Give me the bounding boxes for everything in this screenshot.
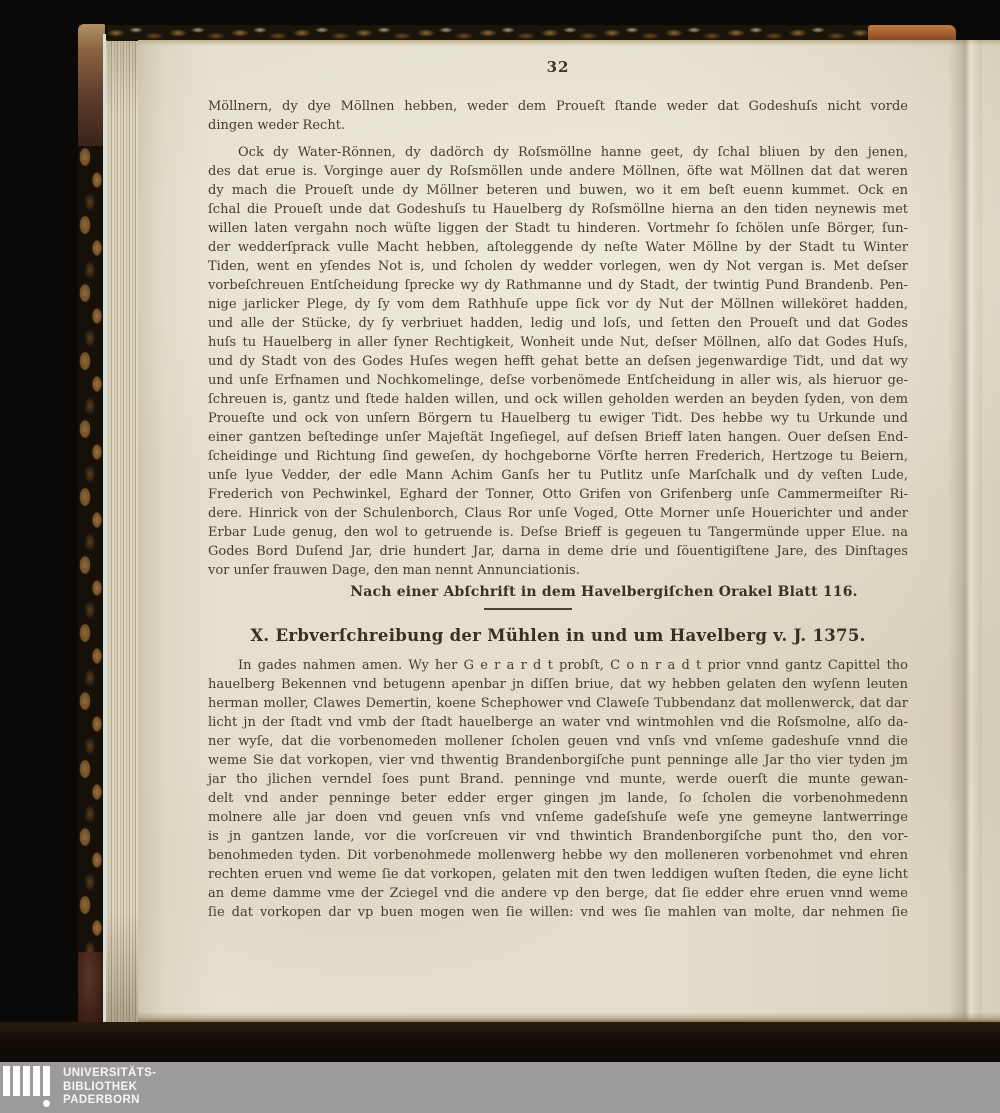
text-line: der wedderſprack vulle Macht hebben, aſt…	[208, 238, 908, 257]
logo-bar	[13, 1066, 20, 1096]
text-line: weme Sie dat vorkopen, vier vnd thwentig…	[208, 751, 908, 770]
text-line: In gades nahmen amen. Wy her G e r a r d…	[208, 656, 908, 675]
text-line: licht jn der ſtadt vnd vmb der ſtadt hau…	[208, 713, 908, 732]
page-body-text: Möllnern, dy dye Möllnen hebben, weder d…	[208, 97, 908, 922]
text-line: unſe lyue Vedder, der edle Mann Achim Ga…	[208, 466, 908, 485]
logo-bar	[3, 1066, 10, 1096]
text-line: molnere alle jar doen vnd geuen vnſs vnd…	[208, 808, 908, 827]
text-line: ner wyſe, dat die vorbenomeden mollener …	[208, 732, 908, 751]
text-line: Möllnern, dy dye Möllnen hebben, weder d…	[208, 97, 908, 116]
paragraph-3: In gades nahmen amen. Wy her G e r a r d…	[208, 656, 908, 922]
text-line: is jn gantzen lande, vor die vorſcreuen …	[208, 827, 908, 846]
book-bottom-shadow	[0, 1022, 1000, 1062]
text-line: Erbar Lude genug, den wol to getruende i…	[208, 523, 908, 542]
text-line: vor unſer frauwen Dage, den man nennt An…	[208, 561, 908, 580]
text-line: ſie dat vorkopen dar vp buen mogen wen ſ…	[208, 903, 908, 922]
text-line: und unſe Erfnamen und Nochkomelinge, deſ…	[208, 371, 908, 390]
library-name-line: PADERBORN	[63, 1094, 156, 1108]
text-line: herman moller, Clawes Demertin, koene Sc…	[208, 694, 908, 713]
text-line: dingen weder Recht.	[208, 116, 908, 135]
paragraph-2: Ock dy Water-Rönnen, dy dadörch dy Roſsm…	[208, 143, 908, 580]
text-line: Proueſte und ock von unſern Börgern tu H…	[208, 409, 908, 428]
text-line: dere. Hinrick von der Schulenborch, Clau…	[208, 504, 908, 523]
text-line: huſs tu Hauelberg in aller ſyner Rechtig…	[208, 333, 908, 352]
cover-spine-bottom-corner	[78, 952, 105, 1032]
library-name-line: BIBLIOTHEK	[63, 1081, 156, 1095]
scanned-book-page: 32 Möllnern, dy dye Möllnen hebben, wede…	[138, 40, 1000, 1022]
text-line: delt vnd ander penninge beter edder erge…	[208, 789, 908, 808]
section-divider-rule	[484, 608, 572, 610]
logo-bar	[23, 1066, 30, 1096]
library-name-line: UNIVERSITÄTS-	[63, 1067, 156, 1081]
text-line: Ock dy Water-Rönnen, dy dadörch dy Roſsm…	[208, 143, 908, 162]
library-watermark-bar: UNIVERSITÄTS-BIBLIOTHEKPADERBORN	[0, 1062, 1000, 1113]
text-line: jar tho jlichen verndel ſoes punt Brand.…	[208, 770, 908, 789]
text-line: ſchal die Proueſt unde dat Godeshuſs tu …	[208, 200, 908, 219]
page-stack-fore-edge	[103, 34, 138, 1030]
page-crease	[948, 40, 982, 1022]
text-line: rechten eruen vnd weme ſie dat vorkopen,…	[208, 865, 908, 884]
text-line: und alle der Stücke, dy ſy verbriuet had…	[208, 314, 908, 333]
cover-top-edge-marble	[106, 25, 870, 41]
ub-paderborn-bars-logo-icon	[3, 1066, 57, 1110]
text-line: Godes Bord Duſend Jar, drie hundert Jar,…	[208, 542, 908, 561]
paragraph-1: Möllnern, dy dye Möllnen hebben, weder d…	[208, 97, 908, 135]
text-line: nige jarlicker Plege, dy ſy vom dem Rath…	[208, 295, 908, 314]
text-line: ſchreuen is, gantz und ſtede halden will…	[208, 390, 908, 409]
text-line: des dat erue is. Vorginge auer dy Roſsmö…	[208, 162, 908, 181]
text-line: vorbeſchreuen Entſcheidung ſprecke wy dy…	[208, 276, 908, 295]
page-number: 32	[208, 58, 908, 76]
book-scan-view: 32 Möllnern, dy dye Möllnen hebben, wede…	[0, 0, 1000, 1113]
text-line: willen laten vergahn noch wüſte liggen d…	[208, 219, 908, 238]
text-line: Frederich von Pechwinkel, Eghard der Ton…	[208, 485, 908, 504]
text-line: einer gantzen beſtedinge unſer Majeſtät …	[208, 428, 908, 447]
logo-bar	[43, 1066, 50, 1096]
section-heading: X. Erbverſchreibung der Mühlen in und um…	[208, 625, 908, 647]
text-line: dy mach die Proueſt unde dy Möllner bete…	[208, 181, 908, 200]
text-line: benohmeden tyden. Dit vorbenohmede molle…	[208, 846, 908, 865]
book-cover-spine	[78, 24, 105, 1032]
text-line: an deme damme vme der Zciegel vnd die an…	[208, 884, 908, 903]
logo-bar	[33, 1066, 40, 1096]
text-line: und dy Stadt von des Godes Huſes wegen h…	[208, 352, 908, 371]
text-line: hauelberg Bekennen vnd betugenn apenbar …	[208, 675, 908, 694]
library-name: UNIVERSITÄTS-BIBLIOTHEKPADERBORN	[63, 1067, 156, 1108]
text-line: ſcheidinge und Richtung ſind geweſen, dy…	[208, 447, 908, 466]
cover-spine-top-leather	[78, 24, 105, 146]
logo-dot	[43, 1100, 50, 1107]
cover-spine-marbled-board	[78, 146, 105, 952]
text-line: Tiden, went en yſendes Not is, und ſchol…	[208, 257, 908, 276]
source-note: Nach einer Abſchrift in dem Havelbergiſc…	[208, 583, 908, 602]
